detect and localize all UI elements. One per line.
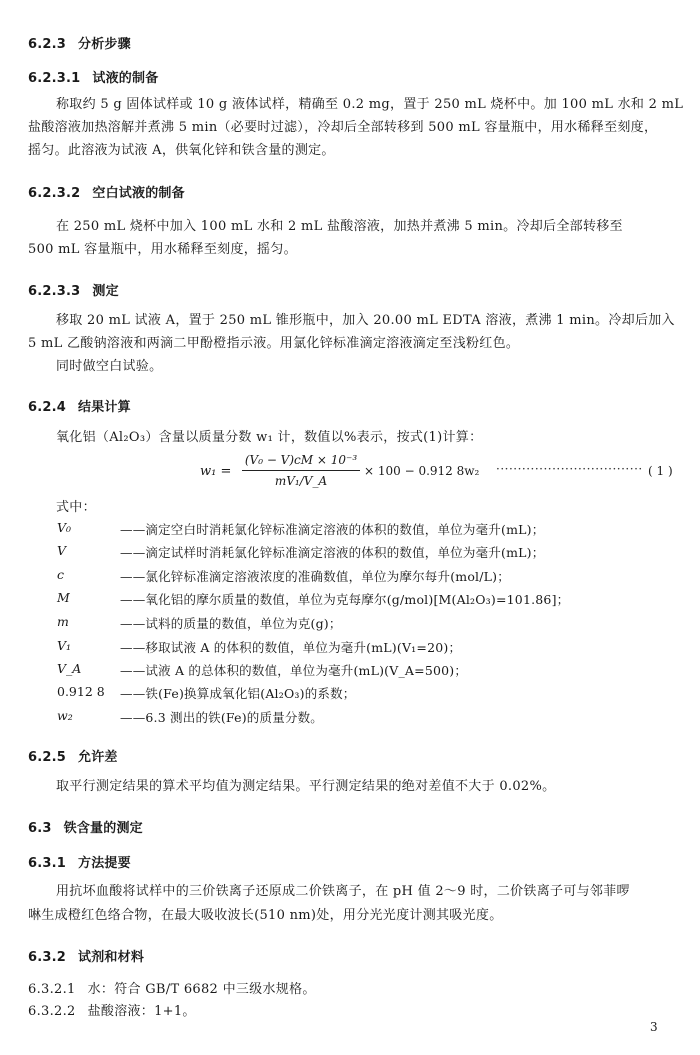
heading-6-2-3-2: 6.2.3.2空白试液的制备 [28, 182, 185, 201]
heading-6-3-1: 6.3.1方法提要 [28, 852, 131, 871]
formula-lhs: w₁ = [200, 464, 231, 479]
formula-denominator: mV₁/V_A [242, 472, 360, 490]
paragraph-line: 啉生成橙红色络合物，在最大吸收波长(510 nm)处，用分光光度计测其吸光度。 [28, 905, 503, 927]
heading-6-2-5: 6.2.5允许差 [28, 746, 118, 765]
variable-description: ——试料的质量的数值，单位为克(g)； [120, 614, 342, 632]
heading-number: 6.2.3.2 [28, 186, 80, 201]
variable-description: ——氯化锌标准滴定溶液浓度的准确数值，单位为摩尔每升(mol/L)； [120, 567, 510, 585]
variable-description: ——6.3 测出的铁(Fe)的质量分数。 [120, 708, 323, 726]
heading-number: 6.3.1 [28, 856, 66, 871]
paragraph-line: 500 mL 容量瓶中，用水稀释至刻度，摇匀。 [28, 239, 297, 261]
heading-6-2-3: 6.2.3分析步骤 [28, 33, 131, 52]
equation-1: w₁ = (V₀ − V)cM × 10⁻³ mV₁/V_A × 100 − 0… [200, 451, 680, 495]
heading-6-3-2: 6.3.2试剂和材料 [28, 946, 144, 965]
paragraph-line: 移取 20 mL 试液 A，置于 250 mL 锥形瓶中，加入 20.00 mL… [56, 310, 675, 332]
variable-symbol: c [57, 567, 117, 582]
heading-6-2-3-1: 6.2.3.1试液的制备 [28, 67, 158, 86]
heading-number: 6.2.3 [28, 37, 66, 52]
clause-text: 盐酸溶液：1+1。 [88, 1004, 196, 1019]
heading-number: 6.3.2 [28, 950, 66, 965]
heading-title: 分析步骤 [78, 37, 131, 52]
formula-fraction: (V₀ − V)cM × 10⁻³ mV₁/V_A [242, 451, 360, 490]
heading-title: 试液的制备 [92, 71, 158, 86]
heading-6-2-3-3: 6.2.3.3测定 [28, 280, 119, 299]
formula-numerator: (V₀ − V)cM × 10⁻³ [242, 451, 360, 469]
variable-symbol: 0.912 8 [57, 684, 117, 699]
variable-description: ——滴定试样时消耗氯化锌标准滴定溶液的体积的数值，单位为毫升(mL)； [120, 543, 544, 561]
paragraph-line: 称取约 5 g 固体试样或 10 g 液体试样，精确至 0.2 mg，置于 25… [56, 94, 683, 116]
heading-number: 6.2.3.3 [28, 284, 80, 299]
heading-number: 6.2.4 [28, 400, 66, 415]
paragraph-line: 摇匀。此溶液为试液 A，供氧化锌和铁含量的测定。 [28, 140, 335, 162]
formula-rhs: × 100 − 0.912 8w₂ [364, 464, 479, 478]
heading-title: 方法提要 [78, 856, 131, 871]
paragraph-line: 用抗坏血酸将试样中的三价铁离子还原成二价铁离子，在 pH 值 2～9 时，二价铁… [56, 881, 630, 903]
heading-title: 结果计算 [78, 400, 131, 415]
paragraph-line: 氧化铝（Al₂O₃）含量以质量分数 w₁ 计，数值以%表示，按式(1)计算： [56, 427, 482, 449]
where-label: 式中： [56, 497, 96, 519]
variable-symbol: V₁ [57, 638, 117, 653]
variable-symbol: m [57, 614, 117, 629]
paragraph-line: 同时做空白试验。 [56, 356, 162, 378]
variable-description: ——氧化铝的摩尔质量的数值，单位为克每摩尔(g/mol)[M(Al₂O₃)=10… [120, 590, 569, 608]
fraction-bar [242, 470, 360, 471]
paragraph-line: 盐酸溶液加热溶解并煮沸 5 min（必要时过滤），冷却后全部转移到 500 mL… [28, 117, 657, 139]
heading-6-2-4: 6.2.4结果计算 [28, 396, 131, 415]
clause-text: 水：符合 GB/T 6682 中三级水规格。 [88, 982, 316, 997]
variable-symbol: V [57, 543, 117, 558]
variable-symbol: V₀ [57, 520, 117, 535]
heading-number: 6.3 [28, 821, 52, 836]
clause-number: 6.3.2.1 [28, 979, 76, 1001]
clause-number: 6.3.2.2 [28, 1001, 76, 1023]
paragraph-line: 5 mL 乙酸钠溶液和两滴二甲酚橙指示液。用氯化锌标准滴定溶液滴定至浅粉红色。 [28, 333, 519, 355]
document-page: 6.2.3分析步骤 6.2.3.1试液的制备 称取约 5 g 固体试样或 10 … [0, 0, 700, 1055]
variable-description: ——滴定空白时消耗氯化锌标准滴定溶液的体积的数值，单位为毫升(mL)； [120, 520, 544, 538]
paragraph-line: 在 250 mL 烧杯中加入 100 mL 水和 2 mL 盐酸溶液，加热并煮沸… [56, 216, 623, 238]
variable-symbol: M [57, 590, 117, 605]
heading-title: 允许差 [78, 750, 118, 765]
variable-symbol: V_A [57, 661, 117, 676]
heading-title: 试剂和材料 [78, 950, 144, 965]
variable-symbol: w₂ [57, 708, 117, 723]
variable-description: ——移取试液 A 的体积的数值，单位为毫升(mL)(V₁=20)； [120, 638, 461, 656]
variable-description: ——铁(Fe)换算成氧化铝(Al₂O₃)的系数； [120, 684, 356, 702]
heading-title: 测定 [92, 284, 118, 299]
page-number: 3 [650, 1020, 658, 1034]
paragraph-line: 取平行测定结果的算术平均值为测定结果。平行测定结果的绝对差值不大于 0.02%。 [56, 776, 555, 798]
heading-number: 6.2.5 [28, 750, 66, 765]
heading-6-3: 6.3铁含量的测定 [28, 817, 143, 836]
subclause-6-3-2-2: 6.3.2.2盐酸溶液：1+1。 [28, 1001, 196, 1023]
subclause-6-3-2-1: 6.3.2.1水：符合 GB/T 6682 中三级水规格。 [28, 979, 316, 1001]
heading-number: 6.2.3.1 [28, 71, 80, 86]
heading-title: 空白试液的制备 [92, 186, 184, 201]
heading-title: 铁含量的测定 [64, 821, 143, 836]
variable-description: ——试液 A 的总体积的数值，单位为毫升(mL)(V_A=500)； [120, 661, 467, 679]
equation-number: ( 1 ) [648, 464, 673, 478]
leader-dots: ·································· [496, 462, 646, 476]
